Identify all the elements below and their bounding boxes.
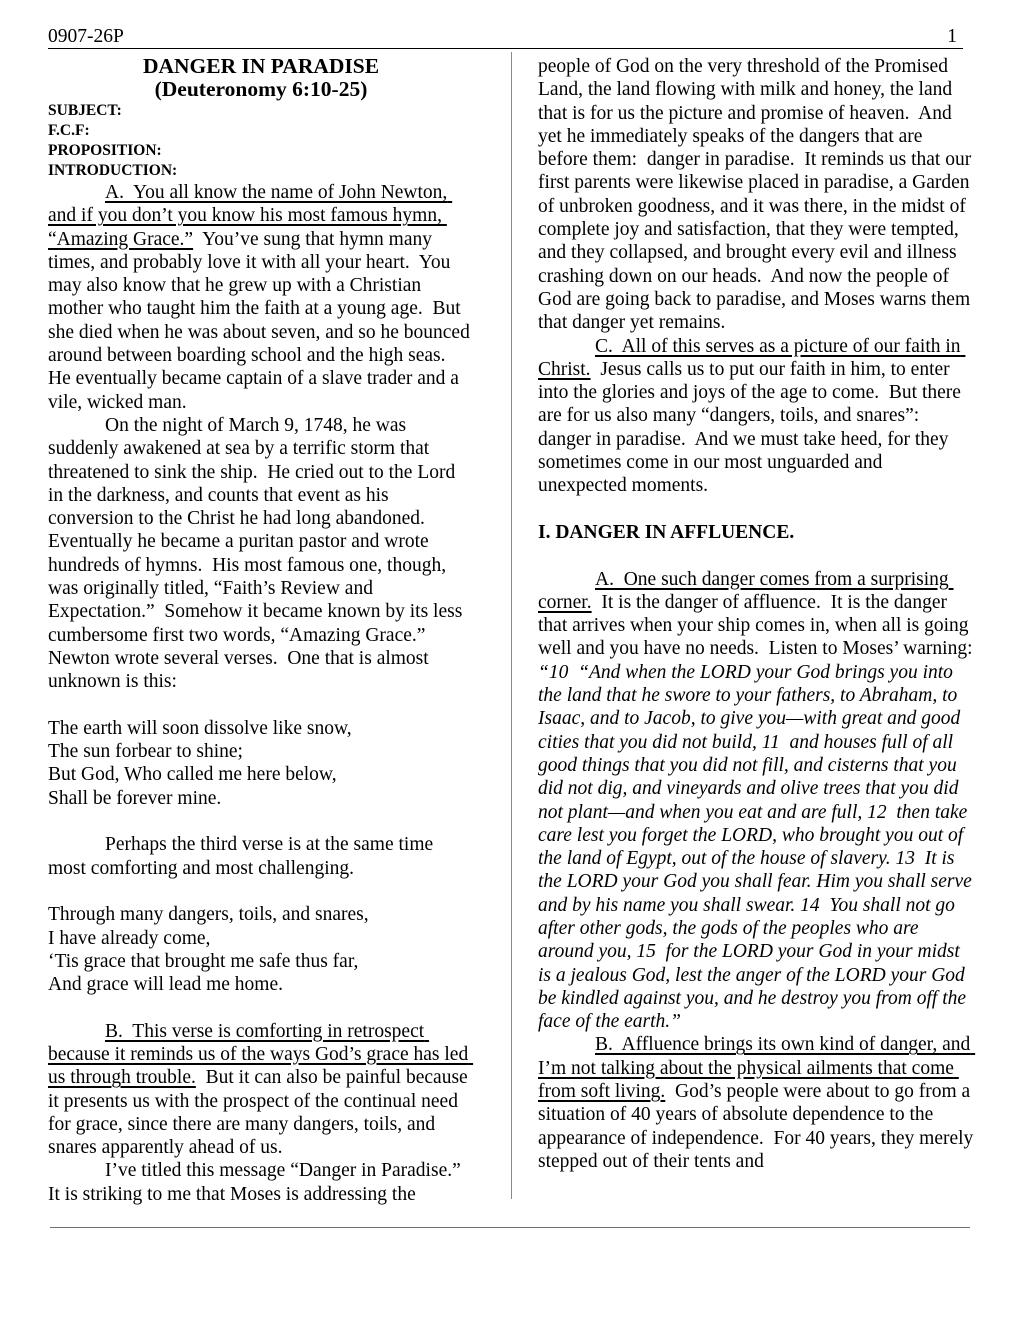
page-header: 0907-26P 1 [48, 26, 963, 49]
outline-label: INTRODUCTION: [48, 161, 474, 181]
poem-line: ‘Tis grace that brought me safe thus far… [48, 950, 474, 973]
document-id: 0907-26P [48, 26, 124, 47]
paragraph: B. Affluence brings its own kind of dang… [538, 1033, 974, 1173]
paragraph: Perhaps the third verse is at the same t… [48, 833, 474, 880]
blank-line [48, 880, 474, 903]
blank-line [538, 498, 974, 521]
outline-label: SUBJECT: [48, 101, 474, 121]
sermon-title-block: DANGER IN PARADISE (Deuteronomy 6:10-25) [48, 55, 474, 101]
outline-label: F.C.F: [48, 121, 474, 141]
poem-line: The earth will soon dissolve like snow, [48, 717, 474, 740]
paragraph: C. All of this serves as a picture of ou… [538, 335, 974, 498]
right-column-text: people of God on the very threshold of t… [538, 55, 974, 1173]
poem-line: And grace will lead me home. [48, 973, 474, 996]
page-number: 1 [947, 26, 963, 47]
blank-line [48, 810, 474, 833]
right-column: people of God on the very threshold of t… [538, 55, 974, 1173]
paragraph: B. This verse is comforting in retrospec… [48, 1020, 474, 1160]
paragraph: people of God on the very threshold of t… [538, 55, 974, 335]
left-column-text: SUBJECT:F.C.F:PROPOSITION:INTRODUCTION:A… [48, 101, 474, 1206]
paragraph: A. You all know the name of John Newton,… [48, 181, 474, 414]
sermon-title: DANGER IN PARADISE [48, 55, 474, 78]
sermon-scripture-reference: (Deuteronomy 6:10-25) [48, 78, 474, 101]
section-heading: I. DANGER IN AFFLUENCE. [538, 521, 974, 544]
blank-line [48, 694, 474, 717]
column-divider-line [511, 52, 512, 1199]
poem-line: But God, Who called me here below, [48, 763, 474, 786]
paragraph: On the night of March 9, 1748, he was su… [48, 414, 474, 694]
poem-line: Shall be forever mine. [48, 787, 474, 810]
poem-line: I have already come, [48, 927, 474, 950]
poem-line: Through many dangers, toils, and snares, [48, 903, 474, 926]
blank-line [538, 544, 974, 567]
footer-rule-line [50, 1227, 970, 1228]
document-page: 0907-26P 1 DANGER IN PARADISE (Deuterono… [0, 0, 1020, 1320]
blank-line [48, 996, 474, 1019]
left-column: DANGER IN PARADISE (Deuteronomy 6:10-25)… [48, 55, 474, 1206]
poem-line: The sun forbear to shine; [48, 740, 474, 763]
paragraph: I’ve titled this message “Danger in Para… [48, 1159, 474, 1206]
paragraph: A. One such danger comes from a surprisi… [538, 568, 974, 1034]
outline-label: PROPOSITION: [48, 141, 474, 161]
